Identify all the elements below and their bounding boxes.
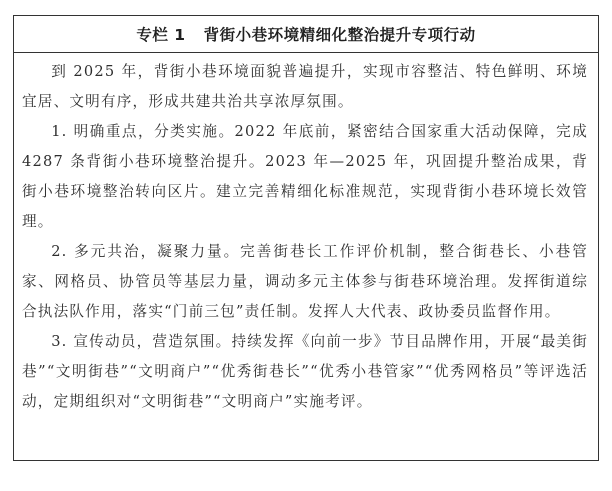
item-1-paragraph: 1. 明确重点，分类实施。2022 年底前，紧密结合国家重大活动保障，完成 42… [22, 117, 588, 237]
item-3-paragraph: 3. 宣传动员，营造氛围。持续发挥《向前一步》节目品牌作用，开展“最美街巷”“文… [22, 327, 588, 417]
column-box: 专栏 1 背街小巷环境精细化整治提升专项行动 到 2025 年，背街小巷环境面貌… [13, 15, 599, 461]
column-title: 背街小巷环境精细化整治提升专项行动 [204, 23, 476, 45]
item-2-paragraph: 2. 多元共治，凝聚力量。完善街巷长工作评价机制，整合街巷长、小巷管家、网格员、… [22, 237, 588, 327]
intro-paragraph: 到 2025 年，背街小巷环境面貌普遍提升，实现市容整洁、特色鲜明、环境宜居、文… [22, 57, 588, 117]
column-header: 专栏 1 背街小巷环境精细化整治提升专项行动 [14, 16, 598, 53]
column-label: 专栏 1 [136, 23, 185, 45]
column-body: 到 2025 年，背街小巷环境面貌普遍提升，实现市容整洁、特色鲜明、环境宜居、文… [14, 53, 598, 417]
